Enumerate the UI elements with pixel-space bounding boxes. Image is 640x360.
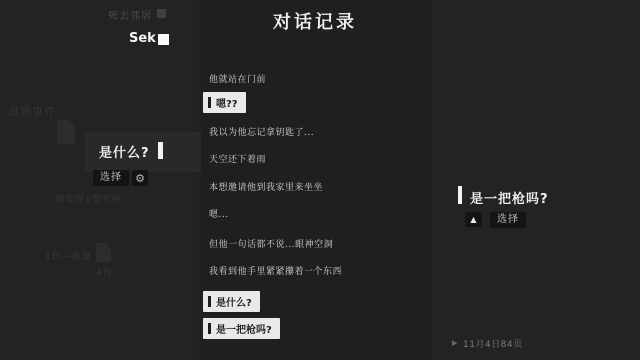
log-line: 我以为他忘记拿钥匙了... [209, 125, 314, 138]
log-line: 我看到他手里紧紧攥着一个东西 [209, 264, 342, 277]
log-line: 他就站在门前 [209, 72, 266, 85]
nav-item-previous[interactable]: 死去邻居 [108, 7, 152, 22]
log-line: 本想邀请他到我家里来坐坐 [209, 180, 323, 193]
play-icon[interactable]: ▶ [452, 339, 457, 347]
log-line: 天空还下着雨 [209, 152, 266, 165]
triangle-up-icon[interactable]: ▲ [465, 212, 482, 227]
nav-item-active[interactable]: Sek [129, 31, 156, 46]
nav-previous-square-icon [157, 9, 166, 18]
choice-bar-icon [208, 323, 211, 334]
text-cursor [158, 142, 163, 159]
choice-bar-icon [208, 97, 211, 108]
game-screen: 退婚事件 被发现1型天桥 1份—新盘 4份 对话记录 死去邻居 Sek 他就站在… [0, 0, 640, 360]
background-lower-label: 1份—新盘 [45, 249, 92, 262]
gear-icon[interactable]: ⚙ [132, 170, 148, 186]
log-choice-label: 是一把枪吗? [216, 321, 272, 336]
choice-bar-icon [208, 296, 211, 307]
document-icon [96, 243, 111, 262]
right-choose-button[interactable]: 选择 [490, 212, 526, 228]
log-choice-entry[interactable]: 是什么? [203, 291, 260, 312]
page-title: 对话记录 [199, 8, 431, 34]
background-event-label: 退婚事件 [8, 103, 56, 119]
log-choice-label: 嗯?? [216, 95, 238, 110]
log-line: 嗯... [209, 207, 229, 220]
document-icon [57, 120, 75, 144]
log-choice-entry[interactable]: 是一把枪吗? [203, 318, 280, 339]
right-question-label: 是一把枪吗? [470, 188, 549, 207]
date-page-indicator: 11月4日84页 [463, 337, 523, 350]
background-count-label: 4份 [96, 265, 113, 278]
log-choice-entry[interactable]: 嗯?? [203, 92, 246, 113]
log-choice-label: 是什么? [216, 294, 252, 309]
background-mid-label: 被发现1型天桥 [55, 192, 122, 205]
right-question-bar-icon [458, 186, 462, 204]
nav-active-square-icon [158, 34, 169, 45]
log-line: 但他一句话都不说...眼神空洞 [209, 237, 333, 250]
left-question-label: 是什么? [99, 142, 150, 161]
left-choose-button[interactable]: 选择 [93, 170, 129, 186]
